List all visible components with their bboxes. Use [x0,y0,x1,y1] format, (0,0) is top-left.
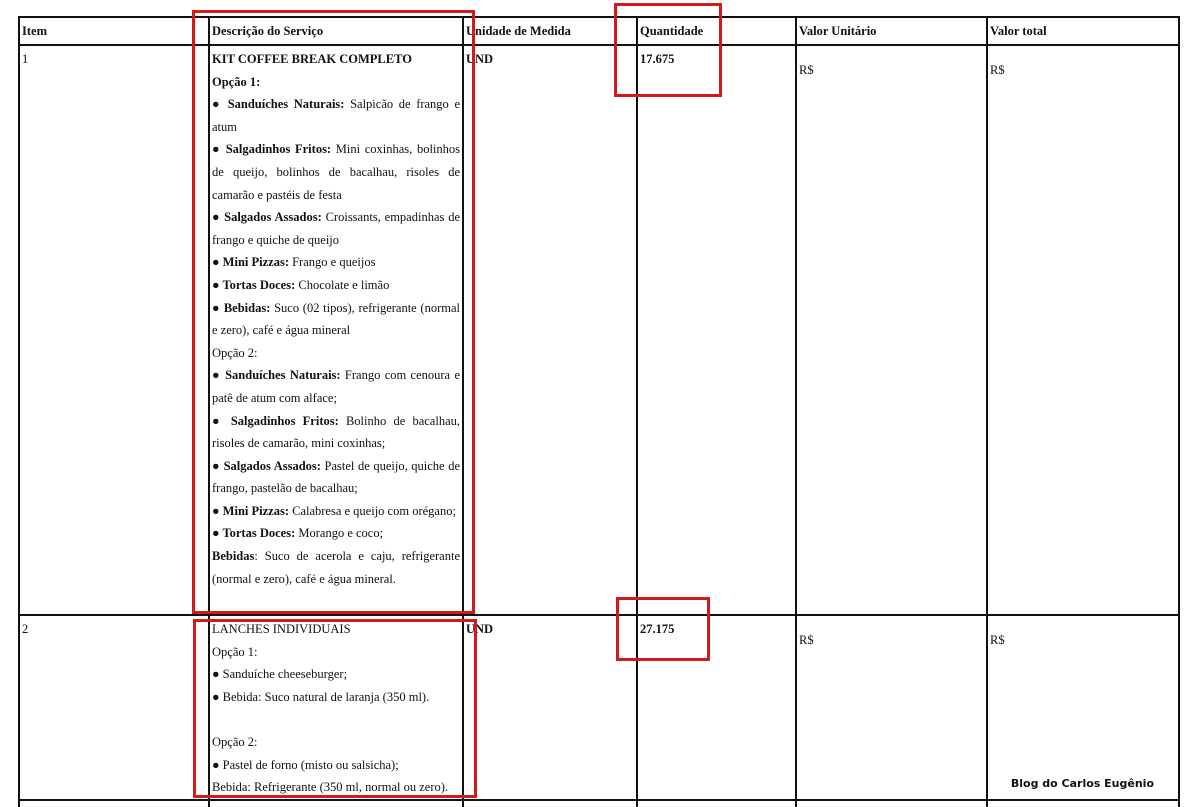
list-item: ● Salgados Assados: Croissants, empadinh… [212,206,460,251]
drinks-line: Bebida: Refrigerante (350 ml, normal ou … [212,776,460,799]
drinks-line: Bebidas: Suco de acerola e caju, refrige… [212,545,460,590]
list-item: ● Bebida: Suco natural de laranja (350 m… [212,686,460,709]
table-header-row: Item Descrição do Serviço Unidade de Med… [19,17,1179,45]
list-item: ● Mini Pizzas: Calabresa e queijo com or… [212,500,460,523]
header-quantity: Quantidade [637,17,796,45]
table-row [19,800,1179,807]
table-row: 2 LANCHES INDIVIDUAIS Opção 1: ● Sanduíc… [19,615,1179,800]
list-item: ● Sanduíches Naturais: Frango com cenour… [212,364,460,409]
option1-list: ● Sanduíche cheeseburger;● Bebida: Suco … [212,663,460,708]
list-item: ● Bebidas: Suco (02 tipos), refrigerante… [212,297,460,342]
total-value: R$ [987,615,1179,800]
header-item: Item [19,17,209,45]
option2-list: ● Pastel de forno (misto ou salsicha); [212,754,460,777]
header-description: Descrição do Serviço [209,17,463,45]
total-value: R$ [987,45,1179,615]
option-label: Opção 2: [212,731,460,754]
unit-value: R$ [796,615,987,800]
unit-value: R$ [796,45,987,615]
header-unit-value: Valor Unitário [796,17,987,45]
item-title: LANCHES INDIVIDUAIS [212,618,460,641]
item-number: 1 [19,45,209,615]
quantity-value: 27.175 [637,615,796,800]
list-item: ● Salgadinhos Fritos: Mini coxinhas, bol… [212,138,460,206]
option-label: Opção 1: [212,641,460,664]
option-label: Opção 1: [212,71,460,94]
list-item: ● Salgados Assados: Pastel de queijo, qu… [212,455,460,500]
service-items-table: Item Descrição do Serviço Unidade de Med… [18,16,1180,807]
quantity-value: 17.675 [637,45,796,615]
list-item: ● Salgadinhos Fritos: Bolinho de bacalha… [212,410,460,455]
list-item: ● Tortas Doces: Morango e coco; [212,522,460,545]
item-description: KIT COFFEE BREAK COMPLETO Opção 1: ● San… [209,45,463,615]
option1-list: ● Sanduíches Naturais: Salpicão de frang… [212,93,460,342]
header-total-value: Valor total [987,17,1179,45]
unit-of-measure: UND [463,615,637,800]
list-item: ● Tortas Doces: Chocolate e limão [212,274,460,297]
list-item: ● Sanduíches Naturais: Salpicão de frang… [212,93,460,138]
item-number: 2 [19,615,209,800]
table-row: 1 KIT COFFEE BREAK COMPLETO Opção 1: ● S… [19,45,1179,615]
watermark: Blog do Carlos Eugênio [1011,777,1154,790]
list-item: ● Sanduíche cheeseburger; [212,663,460,686]
item-title: KIT COFFEE BREAK COMPLETO [212,48,460,71]
unit-of-measure: UND [463,45,637,615]
item-description: LANCHES INDIVIDUAIS Opção 1: ● Sanduíche… [209,615,463,800]
option2-list: ● Sanduíches Naturais: Frango com cenour… [212,364,460,545]
list-item: ● Mini Pizzas: Frango e queijos [212,251,460,274]
header-unit: Unidade de Medida [463,17,637,45]
list-item: ● Pastel de forno (misto ou salsicha); [212,754,460,777]
option-label: Opção 2: [212,342,460,365]
